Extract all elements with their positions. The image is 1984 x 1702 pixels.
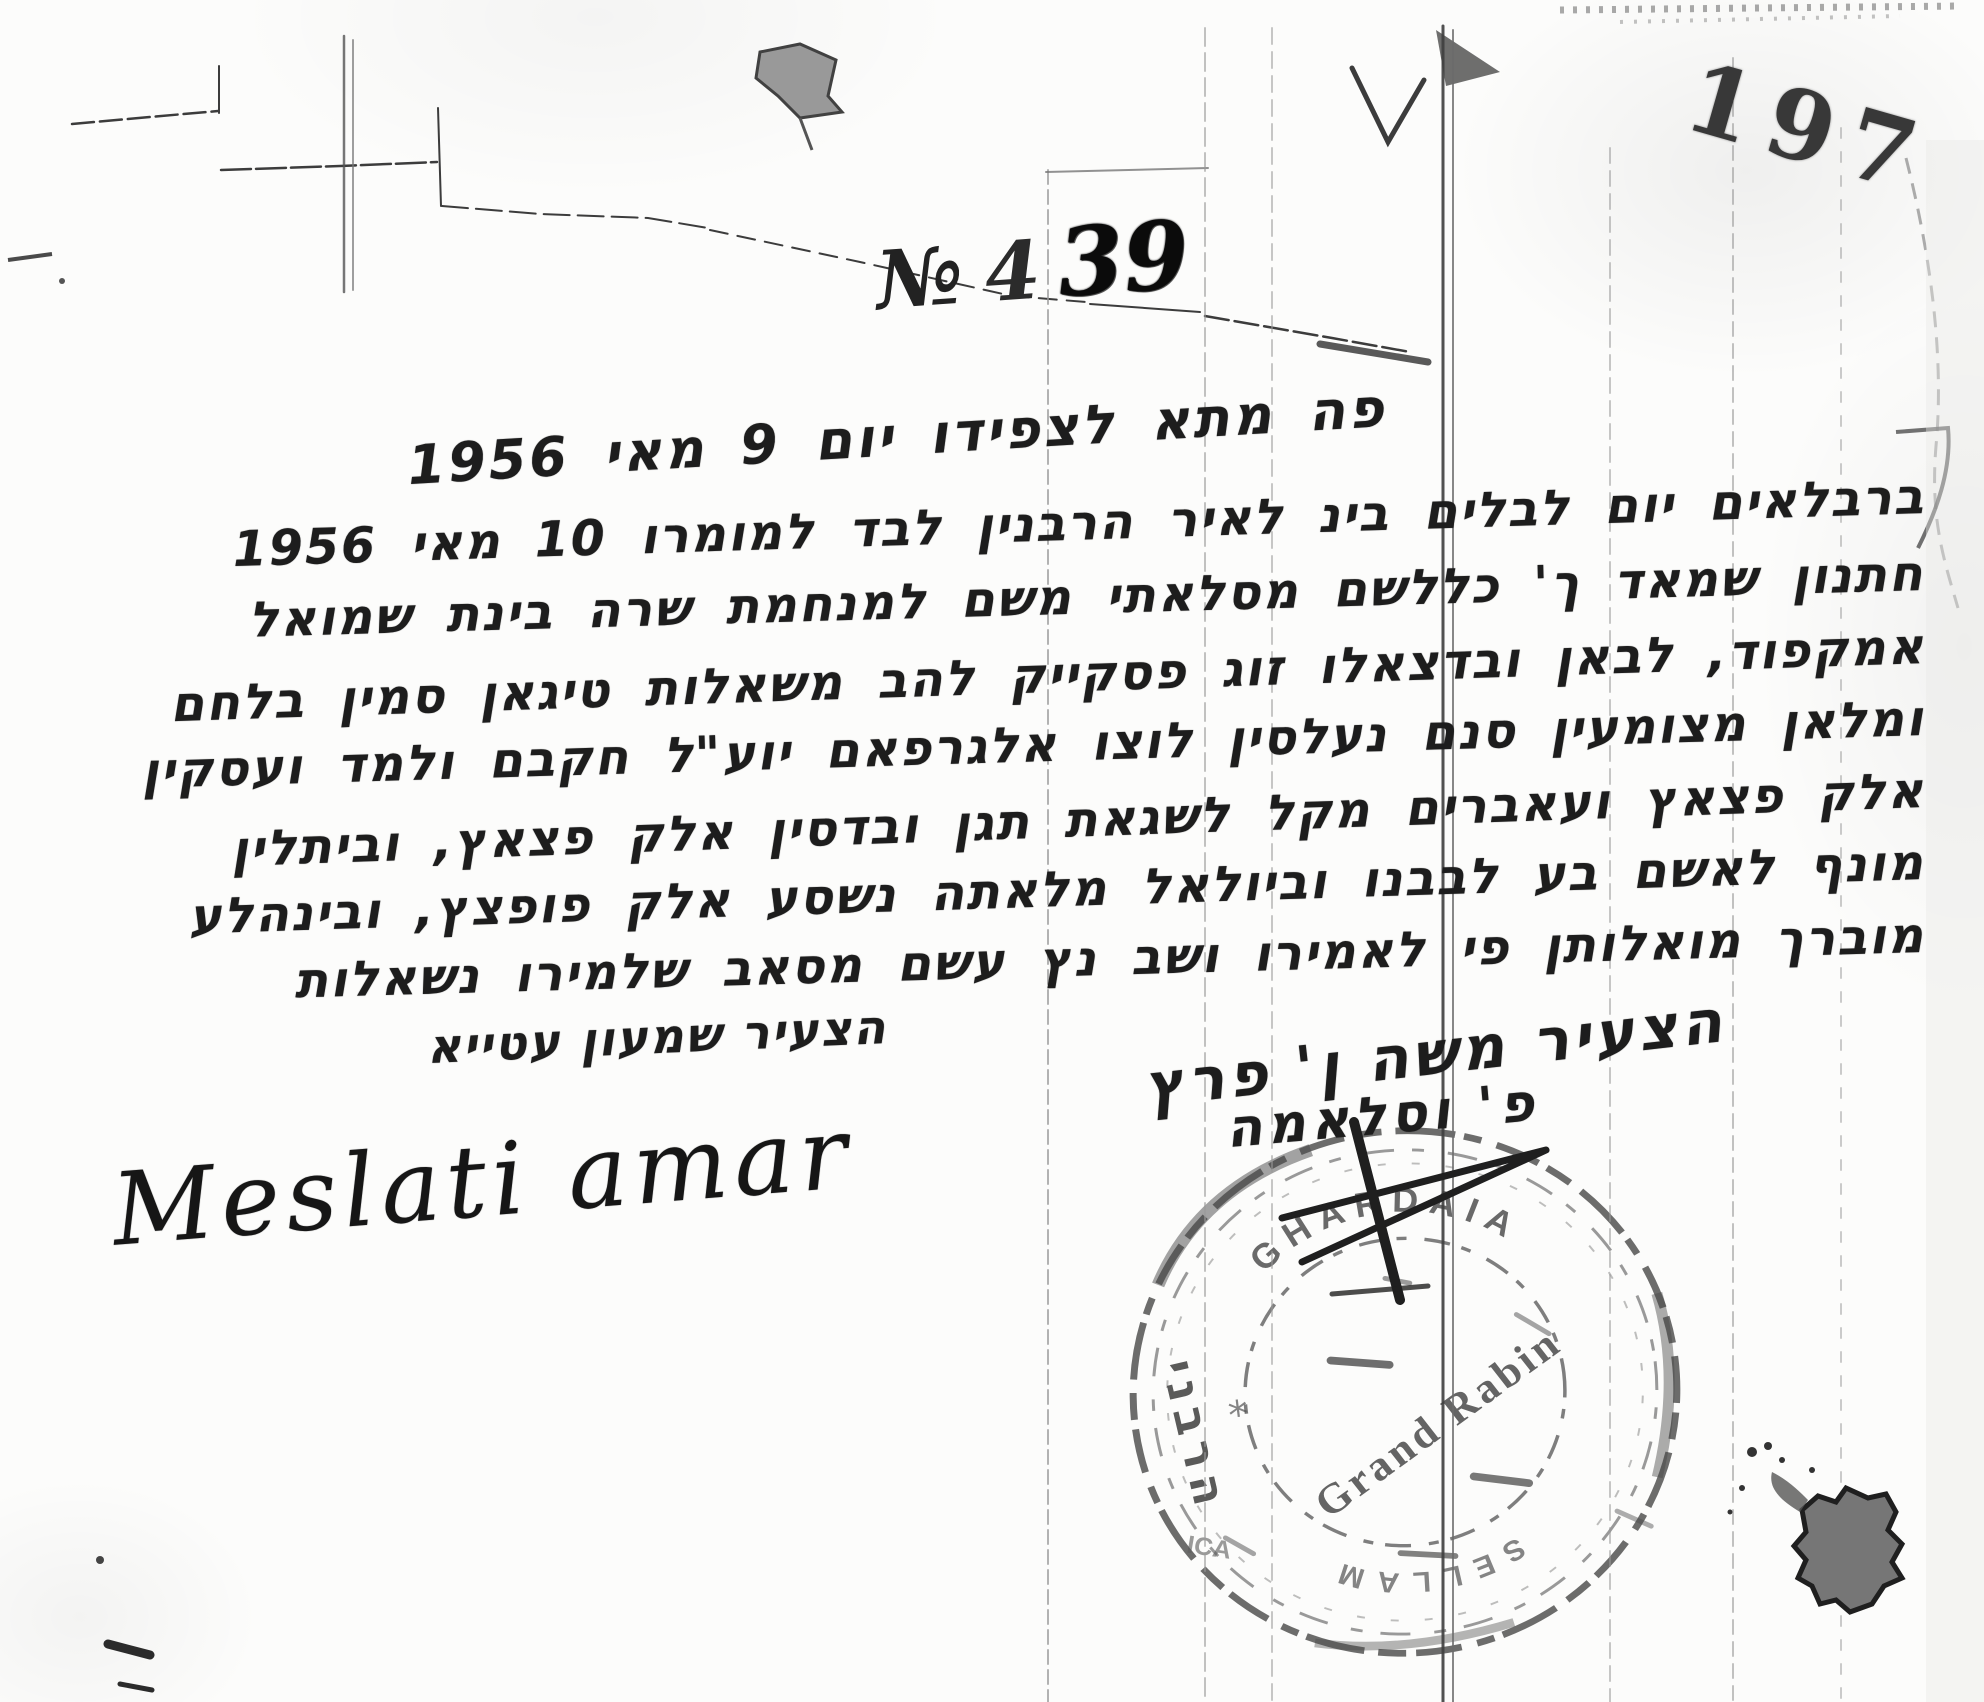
- stamp-bottom-arc-text: SELLAM: [1320, 1530, 1535, 1610]
- stamp-hebrew-text: הרבני: [1151, 1354, 1239, 1517]
- registry-number: №439: [872, 200, 1192, 332]
- stamp-star-separator: *: [1226, 1392, 1251, 1438]
- top-edge-specks: [1560, 6, 1960, 22]
- scanned-document-page: GHARDAIA SELLAM Grand Rabin הרבני ICA *: [0, 0, 1984, 1702]
- check-mark-trace: [1352, 68, 1424, 142]
- torn-edge-trace: [72, 66, 1428, 362]
- ruled-line-horizontal: [1046, 168, 1208, 172]
- torn-flag-mark: [1436, 30, 1500, 86]
- stamp-center-text: Grand Rabin: [1306, 1319, 1571, 1527]
- numero-symbol: №: [873, 228, 966, 328]
- bottom-left-marks: [96, 1556, 152, 1690]
- registry-number-light: 4: [982, 222, 1044, 320]
- ink-blob: [1728, 1442, 1903, 1612]
- left-edge-marks: [8, 254, 65, 284]
- paper-scrap-blotch: [756, 44, 842, 150]
- registry-number-bold: 39: [1054, 200, 1192, 319]
